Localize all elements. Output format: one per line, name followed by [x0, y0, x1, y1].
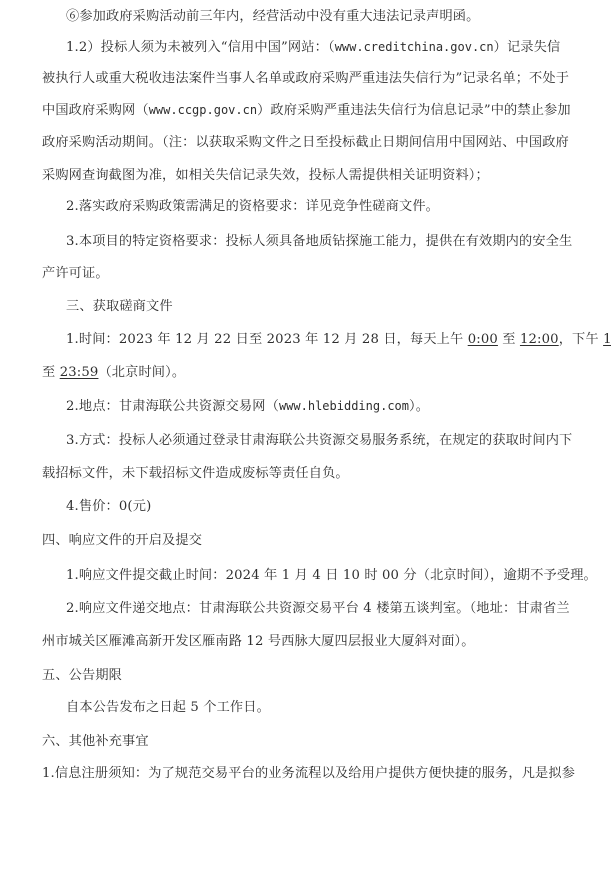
heading-text: 五、公告期限: [42, 668, 122, 683]
paragraph-line: 被执行人或重大税收违法案件当事人名单或政府采购严重违法失信行为”记录名单；不处于: [42, 70, 558, 88]
text: 至: [42, 365, 60, 380]
paragraph-deadline: 1.响应文件提交截止时间：2024 年 1 月 4 日 10 时 00 分（北京…: [66, 567, 558, 585]
heading-text: 六、其他补充事宜: [42, 734, 149, 749]
text: 州市城关区雁滩高新开发区雁南路 12 号西脉大厦四层报业大厦斜对面）。: [42, 634, 475, 649]
paragraph-line: 中国政府采购网（www.ccgp.gov.cn）政府采购严重违法失信行为信息记录…: [42, 101, 558, 120]
paragraph-specific-requirement: 3.本项目的特定资格要求：投标人须具备地质钻探施工能力，提供在有效期内的安全生: [66, 233, 558, 251]
paragraph-time: 1.时间：2023 年 12 月 22 日至 2023 年 12 月 28 日，…: [66, 331, 558, 349]
paragraph-method: 3.方式：投标人必须通过登录甘肃海联公共资源交易服务系统，在规定的获取时间内下: [66, 432, 558, 450]
text: 4.售价：0(元): [66, 499, 151, 514]
text: ，下午: [559, 332, 603, 347]
text: 1.信息注册须知：为了规范交易平台的业务流程以及给用户提供方便快捷的服务，凡是拟…: [42, 766, 575, 781]
text: 2.落实政府采购政策需满足的资格要求：详见竞争性磋商文件。: [66, 199, 439, 214]
text: ）记录失信: [494, 40, 561, 55]
text: 3.方式：投标人必须通过登录甘肃海联公共资源交易服务系统，在规定的获取时间内下: [66, 433, 572, 448]
paragraph-registration-notice: 1.信息注册须知：为了规范交易平台的业务流程以及给用户提供方便快捷的服务，凡是拟…: [42, 765, 558, 783]
text: 1.2）投标人须为未被列入“信用中国”网站：（: [66, 40, 335, 55]
hlebidding-url: www.hlebidding.com: [279, 399, 409, 413]
paragraph-line: 产许可证。: [42, 265, 558, 283]
text: 载招标文件，未下载招标文件造成废标等责任自负。: [42, 466, 349, 481]
text: 产许可证。: [42, 266, 109, 281]
creditchina-url: www.creditchina.gov.cn: [335, 40, 494, 54]
paragraph-period: 自本公告发布之日起 5 个工作日。: [66, 699, 558, 717]
text: 1.响应文件提交截止时间：2024 年 1 月 4 日 10 时 00 分（北京…: [66, 568, 597, 583]
paragraph-policy-requirement: 2.落实政府采购政策需满足的资格要求：详见竞争性磋商文件。: [66, 198, 558, 216]
text: 2.地点：甘肃海联公共资源交易网（: [66, 399, 279, 414]
paragraph-location: 2.地点：甘肃海联公共资源交易网（www.hlebidding.com）。: [66, 397, 558, 416]
section-heading-announcement-period: 五、公告期限: [42, 667, 558, 685]
text: ⑥参加政府采购活动前三年内，经营活动中没有重大违法记录声明函。: [66, 9, 479, 24]
section-heading-other-matters: 六、其他补充事宜: [42, 733, 558, 751]
text: 中国政府采购网（: [42, 103, 149, 118]
paragraph-line: 至 23:59（北京时间）。: [42, 364, 558, 382]
paragraph-line: 政府采购活动期间。（注：以获取采购文件之日至投标截止日期间信用中国网站、中国政府: [42, 134, 558, 152]
text: 被执行人或重大税收违法案件当事人名单或政府采购严重违法失信行为”记录名单；不处于: [42, 71, 569, 86]
text: 2.响应文件递交地点：甘肃海联公共资源交易平台 4 楼第五谈判室。（地址：甘肃省…: [66, 601, 570, 616]
text: 采购网查询截图为准，如相关失信记录失效，投标人需提供相关证明资料）；: [42, 168, 489, 183]
paragraph-submission-location: 2.响应文件递交地点：甘肃海联公共资源交易平台 4 楼第五谈判室。（地址：甘肃省…: [66, 600, 558, 618]
text: 自本公告发布之日起 5 个工作日。: [66, 700, 270, 715]
time-value: 12:00: [603, 332, 611, 347]
section-heading-obtain-documents: 三、获取磋商文件: [66, 298, 558, 316]
time-value: 12:00: [520, 332, 559, 347]
paragraph-no-violation-statement: ⑥参加政府采购活动前三年内，经营活动中没有重大违法记录声明函。: [66, 8, 558, 26]
time-value: 23:59: [60, 365, 99, 380]
document-page: ⑥参加政府采购活动前三年内，经营活动中没有重大违法记录声明函。 1.2）投标人须…: [0, 0, 611, 885]
text: （北京时间）。: [98, 365, 185, 380]
paragraph-price: 4.售价：0(元): [66, 498, 558, 516]
heading-text: 三、获取磋商文件: [66, 299, 173, 314]
paragraph-line: 州市城关区雁滩高新开发区雁南路 12 号西脉大厦四层报业大厦斜对面）。: [42, 633, 558, 651]
paragraph-line: 载招标文件，未下载招标文件造成废标等责任自负。: [42, 465, 558, 483]
heading-text: 四、响应文件的开启及提交: [42, 533, 202, 548]
text: 政府采购活动期间。（注：以获取采购文件之日至投标截止日期间信用中国网站、中国政府: [42, 135, 569, 150]
section-heading-response-documents: 四、响应文件的开启及提交: [42, 532, 558, 550]
time-value: 0:00: [468, 332, 498, 347]
text: ）。: [409, 399, 429, 414]
paragraph-credit-requirement: 1.2）投标人须为未被列入“信用中国”网站：（www.creditchina.g…: [66, 38, 558, 57]
text: ）政府采购严重违法失信行为信息记录”中的禁止参加: [257, 103, 571, 118]
paragraph-line: 采购网查询截图为准，如相关失信记录失效，投标人需提供相关证明资料）；: [42, 167, 558, 185]
text: 1.时间：2023 年 12 月 22 日至 2023 年 12 月 28 日，…: [66, 332, 468, 347]
ccgp-url: www.ccgp.gov.cn: [149, 103, 257, 117]
text: 3.本项目的特定资格要求：投标人须具备地质钻探施工能力，提供在有效期内的安全生: [66, 234, 572, 249]
text: 至: [498, 332, 520, 347]
